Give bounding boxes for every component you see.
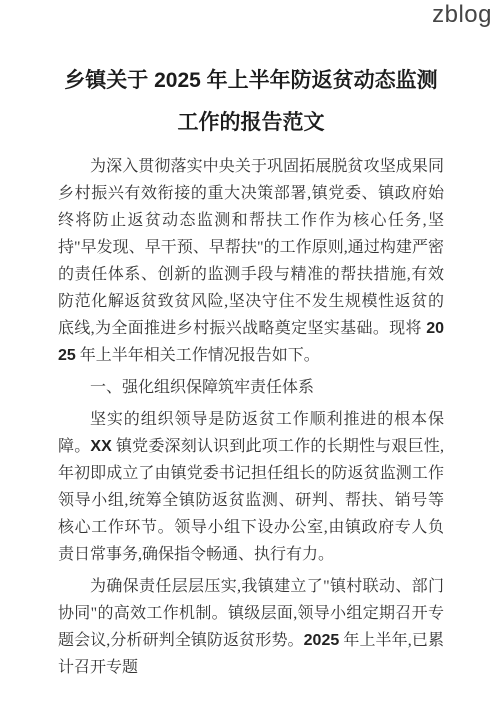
article-page: zblog 乡镇关于 2025 年上半年防返贫动态监测工作的报告范文 为深入贯彻… [0,0,500,708]
text-run: 镇党委深刻认识到此项工作的长期性与艰巨性,年初即成立了由镇党委书记担任组长的防返… [58,438,444,563]
site-logo[interactable]: zblog [432,1,492,29]
body-paragraph: 坚实的组织领导是防返贫工作顺利推进的根本保障。XX 镇党委深刻认识到此项工作的长… [58,406,444,568]
bold-run: XX [90,438,111,455]
body-paragraph: 为确保责任层层压实,我镇建立了"镇村联动、部门协同"的高效工作机制。镇级层面,领… [58,573,444,681]
section-heading: 一、强化组织保障筑牢责任体系 [58,374,444,401]
article-body: 为深入贯彻落实中央关于巩固拓展脱贫攻坚成果同乡村振兴有效衔接的重大决策部署,镇党… [58,153,444,681]
article-title: 乡镇关于 2025 年上半年防返贫动态监测工作的报告范文 [58,60,444,144]
site-header: zblog [0,0,500,38]
body-paragraph: 为深入贯彻落实中央关于巩固拓展脱贫攻坚成果同乡村振兴有效衔接的重大决策部署,镇党… [58,153,444,369]
text-run: 年上半年相关工作情况报告如下。 [76,347,320,364]
bold-run: 2025 [304,632,340,649]
text-run: 一、强化组织保障筑牢责任体系 [90,379,314,396]
text-run: 为深入贯彻落实中央关于巩固拓展脱贫攻坚成果同乡村振兴有效衔接的重大决策部署,镇党… [58,158,444,337]
article: 乡镇关于 2025 年上半年防返贫动态监测工作的报告范文 为深入贯彻落实中央关于… [0,60,500,681]
